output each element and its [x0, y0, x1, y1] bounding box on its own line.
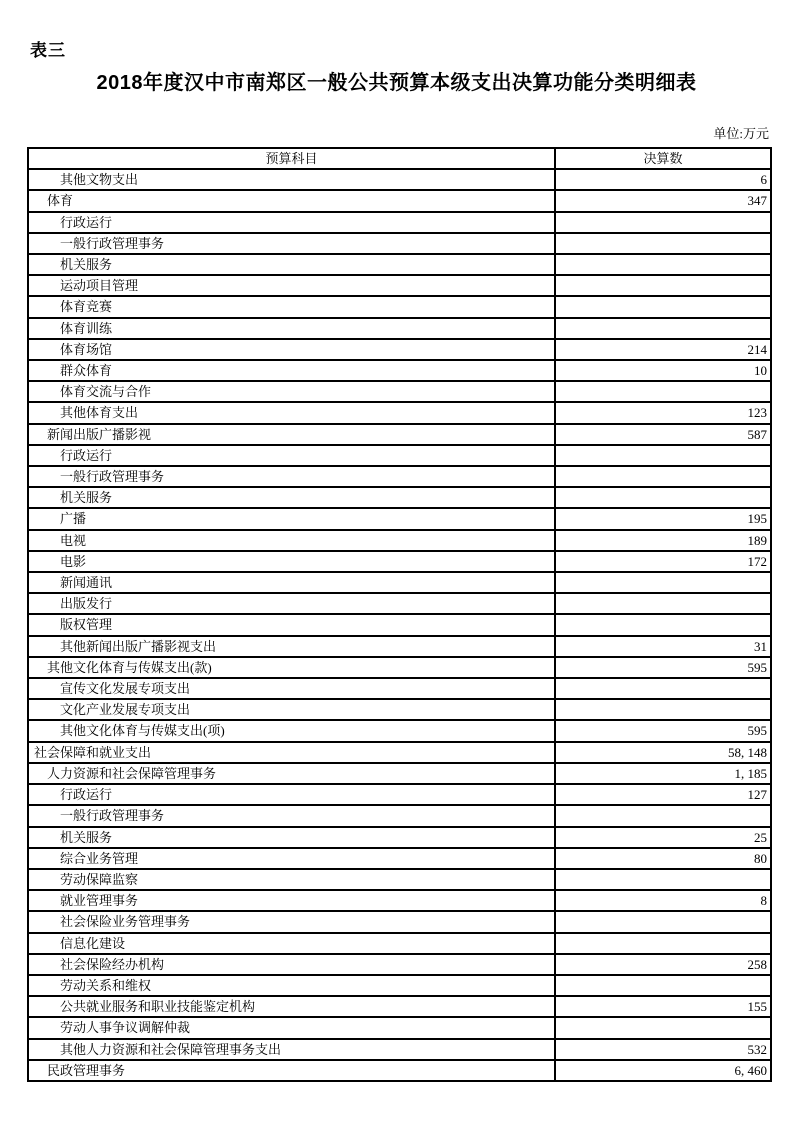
table-row: 运动项目管理	[28, 275, 771, 296]
budget-item-label: 行政运行	[28, 212, 555, 233]
budget-item-value: 595	[555, 720, 771, 741]
table-row: 其他新闻出版广播影视支出 31	[28, 636, 771, 657]
budget-item-value	[555, 975, 771, 996]
budget-item-label: 公共就业服务和职业技能鉴定机构	[28, 996, 555, 1017]
sheet-label: 表三	[30, 36, 66, 61]
unit-note: 单位:万元	[713, 123, 769, 142]
budget-item-value: 6	[555, 169, 771, 190]
budget-item-value: 80	[555, 848, 771, 869]
table-row: 群众体育 10	[28, 360, 771, 381]
budget-item-value	[555, 212, 771, 233]
table-row: 行政运行	[28, 212, 771, 233]
table-row: 广播 195	[28, 508, 771, 529]
table-row: 公共就业服务和职业技能鉴定机构 155	[28, 996, 771, 1017]
budget-item-label: 新闻出版广播影视	[28, 424, 555, 445]
budget-item-value	[555, 911, 771, 932]
budget-item-value: 532	[555, 1039, 771, 1060]
table-row: 其他文化体育与传媒支出(款) 595	[28, 657, 771, 678]
budget-table-body: 其他文物支出 6 体育 347 行政运行 一般行政管理事务 机关服务 运动项目管…	[28, 169, 771, 1081]
budget-item-value	[555, 593, 771, 614]
budget-item-value: 587	[555, 424, 771, 445]
table-row: 劳动人事争议调解仲裁	[28, 1017, 771, 1038]
table-row: 劳动关系和维权	[28, 975, 771, 996]
budget-item-label: 其他文物支出	[28, 169, 555, 190]
budget-item-label: 体育训练	[28, 318, 555, 339]
table-row: 信息化建设	[28, 933, 771, 954]
budget-item-label: 一般行政管理事务	[28, 233, 555, 254]
table-row: 机关服务 25	[28, 827, 771, 848]
budget-item-value	[555, 699, 771, 720]
table-row: 新闻通讯	[28, 572, 771, 593]
budget-item-label: 文化产业发展专项支出	[28, 699, 555, 720]
budget-item-value: 123	[555, 402, 771, 423]
column-header-subject: 预算科目	[28, 148, 555, 169]
table-row: 社会保险经办机构 258	[28, 954, 771, 975]
budget-item-label: 行政运行	[28, 784, 555, 805]
budget-item-value: 25	[555, 827, 771, 848]
table-row: 综合业务管理 80	[28, 848, 771, 869]
budget-item-label: 民政管理事务	[28, 1060, 555, 1081]
table-row: 其他文化体育与传媒支出(项) 595	[28, 720, 771, 741]
budget-item-label: 体育竞赛	[28, 296, 555, 317]
budget-item-value	[555, 678, 771, 699]
budget-item-label: 新闻通讯	[28, 572, 555, 593]
budget-item-value	[555, 805, 771, 826]
table-header-row: 预算科目 决算数	[28, 148, 771, 169]
budget-item-label: 体育	[28, 190, 555, 211]
table-row: 其他文物支出 6	[28, 169, 771, 190]
budget-item-value	[555, 614, 771, 635]
page-title: 2018年度汉中市南郑区一般公共预算本级支出决算功能分类明细表	[0, 66, 793, 95]
budget-item-label: 出版发行	[28, 593, 555, 614]
table-row: 行政运行 127	[28, 784, 771, 805]
budget-item-label: 广播	[28, 508, 555, 529]
budget-item-label: 其他人力资源和社会保障管理事务支出	[28, 1039, 555, 1060]
table-row: 行政运行	[28, 445, 771, 466]
budget-item-label: 就业管理事务	[28, 890, 555, 911]
table-row: 民政管理事务 6, 460	[28, 1060, 771, 1081]
budget-item-value	[555, 296, 771, 317]
budget-item-label: 版权管理	[28, 614, 555, 635]
budget-item-value	[555, 1017, 771, 1038]
table-row: 社会保障和就业支出 58, 148	[28, 742, 771, 763]
budget-item-label: 信息化建设	[28, 933, 555, 954]
budget-item-label: 综合业务管理	[28, 848, 555, 869]
budget-item-label: 机关服务	[28, 487, 555, 508]
table-row: 就业管理事务 8	[28, 890, 771, 911]
budget-item-label: 机关服务	[28, 827, 555, 848]
budget-item-value: 58, 148	[555, 742, 771, 763]
table-row: 劳动保障监察	[28, 869, 771, 890]
budget-item-value: 10	[555, 360, 771, 381]
table-row: 一般行政管理事务	[28, 233, 771, 254]
budget-item-label: 社会保险业务管理事务	[28, 911, 555, 932]
table-row: 体育竞赛	[28, 296, 771, 317]
budget-item-label: 电视	[28, 530, 555, 551]
table-row: 社会保险业务管理事务	[28, 911, 771, 932]
budget-item-value	[555, 572, 771, 593]
budget-item-value	[555, 869, 771, 890]
document-page: 表三 2018年度汉中市南郑区一般公共预算本级支出决算功能分类明细表 单位:万元…	[0, 0, 793, 1122]
budget-item-label: 其他体育支出	[28, 402, 555, 423]
budget-item-label: 劳动保障监察	[28, 869, 555, 890]
budget-item-value: 172	[555, 551, 771, 572]
budget-item-value: 31	[555, 636, 771, 657]
budget-item-value: 6, 460	[555, 1060, 771, 1081]
budget-item-value: 595	[555, 657, 771, 678]
budget-item-label: 其他文化体育与传媒支出(款)	[28, 657, 555, 678]
budget-item-label: 宣传文化发展专项支出	[28, 678, 555, 699]
table-row: 其他人力资源和社会保障管理事务支出 532	[28, 1039, 771, 1060]
table-row: 版权管理	[28, 614, 771, 635]
budget-item-label: 劳动关系和维权	[28, 975, 555, 996]
table-row: 一般行政管理事务	[28, 466, 771, 487]
table-row: 电视 189	[28, 530, 771, 551]
budget-item-value	[555, 318, 771, 339]
budget-table: 预算科目 决算数 其他文物支出 6 体育 347 行政运行 一般行政管理事务 机…	[27, 147, 772, 1082]
budget-item-label: 一般行政管理事务	[28, 805, 555, 826]
budget-item-label: 其他文化体育与传媒支出(项)	[28, 720, 555, 741]
table-row: 文化产业发展专项支出	[28, 699, 771, 720]
table-row: 出版发行	[28, 593, 771, 614]
budget-item-value: 347	[555, 190, 771, 211]
column-header-amount: 决算数	[555, 148, 771, 169]
table-row: 体育 347	[28, 190, 771, 211]
table-row: 人力资源和社会保障管理事务 1, 185	[28, 763, 771, 784]
budget-item-value: 127	[555, 784, 771, 805]
budget-item-value	[555, 933, 771, 954]
budget-item-label: 运动项目管理	[28, 275, 555, 296]
budget-item-value: 155	[555, 996, 771, 1017]
budget-item-label: 群众体育	[28, 360, 555, 381]
table-row: 体育场馆 214	[28, 339, 771, 360]
budget-item-value	[555, 275, 771, 296]
budget-item-value	[555, 233, 771, 254]
budget-item-value	[555, 381, 771, 402]
table-row: 机关服务	[28, 254, 771, 275]
budget-item-label: 人力资源和社会保障管理事务	[28, 763, 555, 784]
budget-item-value	[555, 445, 771, 466]
table-row: 电影 172	[28, 551, 771, 572]
budget-item-value	[555, 487, 771, 508]
budget-item-label: 电影	[28, 551, 555, 572]
table-row: 体育训练	[28, 318, 771, 339]
table-row: 新闻出版广播影视 587	[28, 424, 771, 445]
budget-item-label: 行政运行	[28, 445, 555, 466]
budget-item-label: 社会保险经办机构	[28, 954, 555, 975]
table-row: 体育交流与合作	[28, 381, 771, 402]
table-row: 一般行政管理事务	[28, 805, 771, 826]
budget-item-label: 体育交流与合作	[28, 381, 555, 402]
table-row: 宣传文化发展专项支出	[28, 678, 771, 699]
budget-item-value: 189	[555, 530, 771, 551]
budget-item-value: 214	[555, 339, 771, 360]
budget-item-value: 258	[555, 954, 771, 975]
budget-item-label: 一般行政管理事务	[28, 466, 555, 487]
table-row: 其他体育支出 123	[28, 402, 771, 423]
budget-item-label: 其他新闻出版广播影视支出	[28, 636, 555, 657]
budget-item-value: 1, 185	[555, 763, 771, 784]
budget-item-value: 195	[555, 508, 771, 529]
budget-item-value	[555, 254, 771, 275]
budget-item-label: 机关服务	[28, 254, 555, 275]
budget-item-label: 劳动人事争议调解仲裁	[28, 1017, 555, 1038]
budget-item-value	[555, 466, 771, 487]
table-row: 机关服务	[28, 487, 771, 508]
budget-item-value: 8	[555, 890, 771, 911]
budget-item-label: 社会保障和就业支出	[28, 742, 555, 763]
budget-item-label: 体育场馆	[28, 339, 555, 360]
